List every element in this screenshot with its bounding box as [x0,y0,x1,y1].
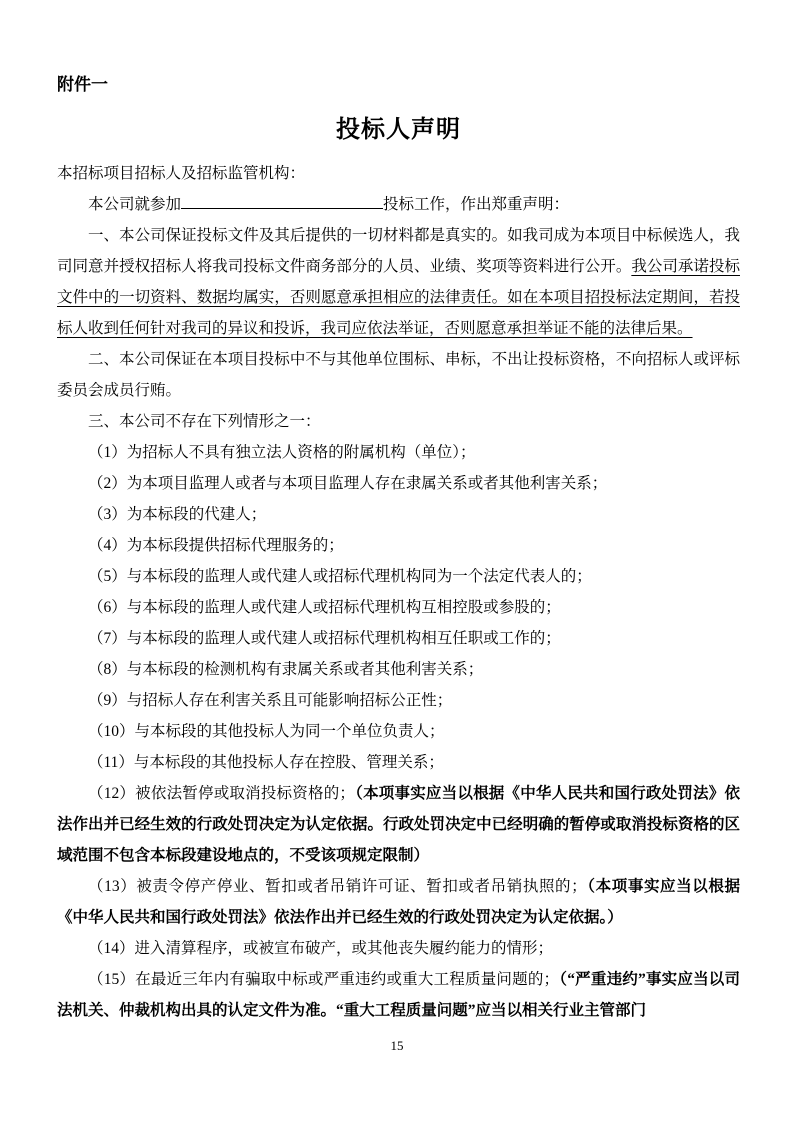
list-item-7: （7）与本标段的监理人或代建人或招标代理机构相互任职或工作的； [57,623,740,654]
list-item-9-text: （9）与招标人存在利害关系且可能影响招标公正性； [88,692,452,709]
list-item-2-text: （2）为本项目监理人或者与本项目监理人存在隶属关系或者其他利害关系； [88,475,607,492]
document-page: 附件一 投标人声明 本招标项目招标人及招标监管机构： 本公司就参加投标工作，作出… [0,0,794,1123]
declaration-line: 本公司就参加投标工作，作出郑重声明： [57,189,740,220]
list-item-6: （6）与本标段的监理人或代建人或招标代理机构互相控股或参股的； [57,592,740,623]
declaration-prefix: 本公司就参加 [88,196,181,213]
document-title: 投标人声明 [57,114,740,146]
document-content: 附件一 投标人声明 本招标项目招标人及招标监管机构： 本公司就参加投标工作，作出… [57,70,740,1026]
list-item-6-text: （6）与本标段的监理人或代建人或招标代理机构互相控股或参股的； [88,599,561,616]
list-item-14-text: （14）进入清算程序，或被宣布破产，或其他丧失履约能力的情形； [88,940,553,957]
list-item-1: （1）为招标人不具有独立法人资格的附属机构（单位）； [57,437,740,468]
intro-line: 本招标项目招标人及招标监管机构： [57,158,740,189]
paragraph-3-intro: 三、本公司不存在下列情形之一： [57,406,740,437]
list-item-11-text: （11）与本标段的其他投标人存在控股、管理关系； [88,754,444,771]
list-item-10-text: （10）与本标段的其他投标人为同一个单位负责人； [88,723,445,740]
declaration-suffix: 投标工作，作出郑重声明： [383,196,569,213]
list-item-2: （2）为本项目监理人或者与本项目监理人存在隶属关系或者其他利害关系； [57,468,740,499]
list-item-8-text: （8）与本标段的检测机构有隶属关系或者其他利害关系； [88,661,483,678]
list-item-5: （5）与本标段的监理人或代建人或招标代理机构同为一个法定代表人的； [57,561,740,592]
paragraph-1: 一、本公司保证投标文件及其后提供的一切材料都是真实的。如我司成为本项目中标候选人… [57,220,740,344]
list-item-10: （10）与本标段的其他投标人为同一个单位负责人； [57,716,740,747]
project-name-blank [181,193,383,209]
list-item-14: （14）进入清算程序，或被宣布破产，或其他丧失履约能力的情形； [57,933,740,964]
attachment-label: 附件一 [57,70,740,100]
list-item-3-text: （3）为本标段的代建人； [88,506,266,523]
list-item-9: （9）与招标人存在利害关系且可能影响招标公正性； [57,685,740,716]
list-item-5-text: （5）与本标段的监理人或代建人或招标代理机构同为一个法定代表人的； [88,568,592,585]
list-item-4-text: （4）为本标段提供招标代理服务的； [88,537,344,554]
document-body: 本招标项目招标人及招标监管机构： 本公司就参加投标工作，作出郑重声明： 一、本公… [57,158,740,1026]
list-item-11: （11）与本标段的其他投标人存在控股、管理关系； [57,747,740,778]
list-item-1-text: （1）为招标人不具有独立法人资格的附属机构（单位）； [88,444,476,461]
list-item-13: （13）被责令停产停业、暂扣或者吊销许可证、暂扣或者吊销执照的；（本项事实应当以… [57,871,740,933]
list-item-8: （8）与本标段的检测机构有隶属关系或者其他利害关系； [57,654,740,685]
paragraph-2: 二、本公司保证在本项目投标中不与其他单位围标、串标，不出让投标资格，不向招标人或… [57,344,740,406]
list-item-4: （4）为本标段提供招标代理服务的； [57,530,740,561]
intro-line-text: 本招标项目招标人及招标监管机构： [57,165,305,182]
list-item-15: （15）在最近三年内有骗取中标或严重违约或重大工程质量问题的；（“严重违约”事实… [57,964,740,1026]
list-item-7-text: （7）与本标段的监理人或代建人或招标代理机构相互任职或工作的； [88,630,561,647]
list-item-3: （3）为本标段的代建人； [57,499,740,530]
list-item-12-text: （12）被依法暂停或取消投标资格的； [88,785,355,802]
list-item-13-text: （13）被责令停产停业、暂扣或者吊销许可证、暂扣或者吊销执照的； [88,878,587,895]
list-item-12: （12）被依法暂停或取消投标资格的；（本项事实应当以根据《中华人民共和国行政处罚… [57,778,740,871]
list-item-15-text: （15）在最近三年内有骗取中标或严重违约或重大工程质量问题的； [88,971,559,988]
page-number: 15 [0,1036,794,1056]
